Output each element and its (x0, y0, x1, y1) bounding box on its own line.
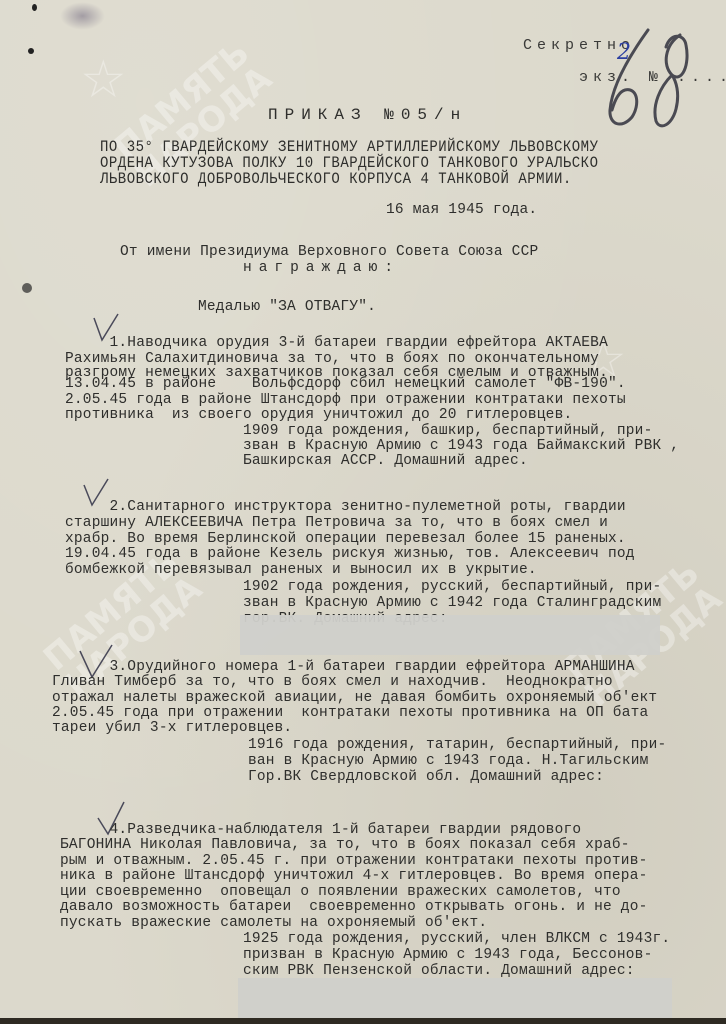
citation-line: 4.Разведчика-наблюдателя 1-й батареи гва… (65, 823, 581, 838)
issuer-line: ОРДЕНА КУТУЗОВА ПОЛКУ 10 ГВАРДЕЙСКОГО ТА… (100, 156, 598, 171)
preamble: От имени Президиума Верховного Совета Со… (120, 245, 538, 260)
citation-line: Гливан Тимберб за то, что в боях смел и … (52, 675, 613, 690)
bio-line: Гор.ВК Свердловской обл. Домашний адрес: (248, 770, 604, 785)
citation-line: 13.04.45 в районе Вольфсдорф сбил немецк… (65, 377, 626, 392)
citation-line: храбр. Во время Берлинской операции пере… (65, 532, 626, 547)
bio-line: призван в Красную Армию с 1943 года, Бес… (243, 948, 652, 963)
ink-stain (60, 2, 105, 30)
citation-line: 3.Орудийного номера 1-й батареи гвардии … (65, 660, 635, 675)
order-title: ПРИКАЗ №05/н (268, 108, 467, 123)
citation-line: 2.05.45 года при отражении контратаки пе… (52, 706, 648, 721)
citation-line: рым и отважным. 2.05.45 г. при отражении… (60, 854, 648, 869)
handwritten-sheet-number-68 (600, 25, 700, 135)
redacted-address (238, 978, 672, 1018)
punch-hole-mark (32, 4, 37, 11)
issuer-line: ПО 35° ГВАРДЕЙСКОМУ ЗЕНИТНОМУ АРТИЛЛЕРИЙ… (100, 140, 598, 155)
bio-line: ван в Красную Армию с 1943 года. Н.Тагил… (248, 754, 649, 769)
bio-line: зван в Красную Армию с 1943 года Баймакс… (243, 439, 679, 454)
bio-line: зван в Красную Армию с 1942 года Сталинг… (243, 596, 661, 611)
bio-line: 1902 года рождения, русский, беспартийны… (243, 580, 661, 595)
citation-line: тареи убил 3-х гитлеровцев. (52, 721, 292, 736)
citation-line: отражал налеты вражеской авиации, не дав… (52, 691, 657, 706)
award-verb: награждаю: (243, 261, 400, 276)
citation-line: 19.04.45 года в районе Кезель рискуя жиз… (65, 547, 635, 562)
citation-line: пускать вражеские самолеты на охроняемый… (60, 916, 487, 931)
citation-line: бомбежкой перевязывал раненых и выносил … (65, 563, 537, 578)
citation-line: 1.Наводчика орудия 3-й батареи гвардии е… (65, 336, 608, 351)
citation-line: 2.05.45 года в районе Штансдорф при отра… (65, 393, 626, 408)
bio-line: 1916 года рождения, татарин, беспартийны… (248, 738, 666, 753)
citation-line: давало возможность батареи своевременно … (60, 900, 648, 915)
citation-line: ции своевременно оповещал о появлении вр… (60, 885, 621, 900)
archival-document-page: ☆ ПАМЯТЬ НАРОДА ☆ ПАМЯТЬ НАРОДА ПАМЯТЬ Н… (0, 0, 726, 1024)
citation-line: 2.Санитарного инструктора зенитно-пулеме… (65, 500, 626, 515)
issuer-line: ЛЬВОВСКОГО ДОБРОВОЛЬЧЕСКОГО КОРПУСА 4 ТА… (100, 172, 572, 187)
redacted-address (240, 615, 660, 655)
citation-line: ника в районе Штансдорф уничтожил 4-х ги… (60, 869, 648, 884)
bio-line: Башкирская АССР. Домашний адрес. (243, 454, 528, 469)
bio-line: 1909 года рождения, башкир, беспартийный… (243, 424, 652, 439)
bio-line: ским РВК Пензенской области. Домашний ад… (243, 964, 635, 979)
order-date: 16 мая 1945 года. (386, 203, 537, 218)
punch-hole-mark (28, 48, 34, 54)
citation-line: противника из своего орудия уничтожил до… (65, 408, 572, 423)
citation-line: БАГОНИНА Николая Павловича, за то, что в… (60, 838, 630, 853)
citation-line: старшину АЛЕКСЕЕВИЧА Петра Петровича за … (65, 516, 608, 531)
award-heading: Медалью "ЗА ОТВАГУ". (198, 300, 376, 315)
watermark-star-icon: ☆ (80, 50, 127, 110)
punch-hole-mark (22, 283, 32, 293)
bio-line: 1925 года рождения, русский, член ВЛКСМ … (243, 932, 670, 947)
